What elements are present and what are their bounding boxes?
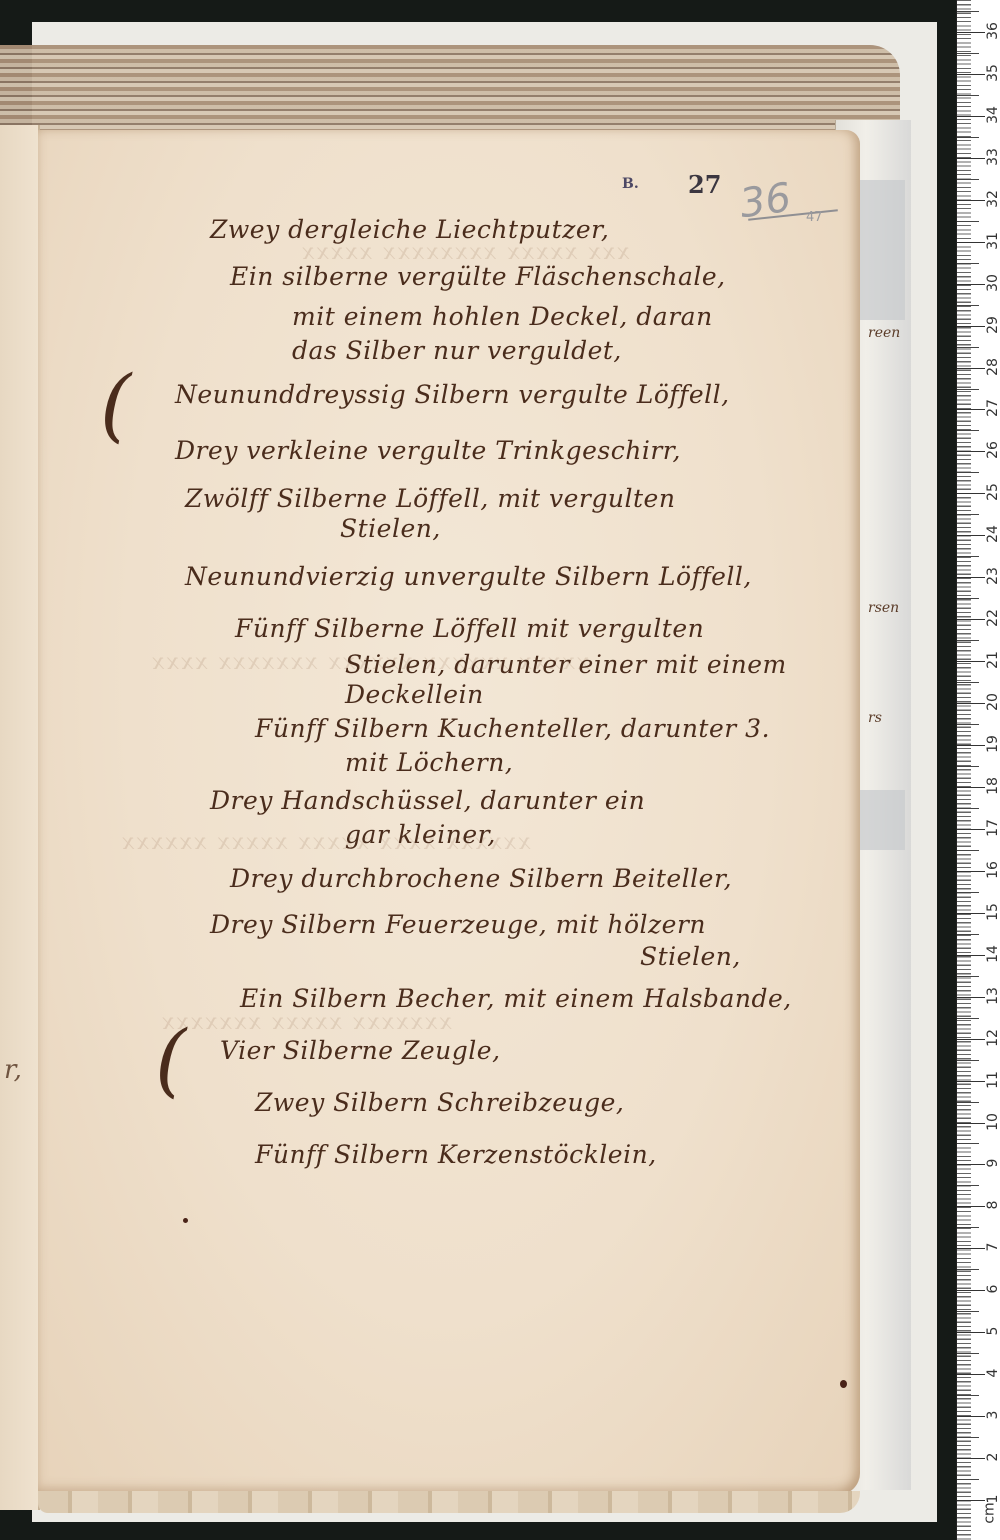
manuscript-line: Neununddreyssig Silbern vergulte Löffell…	[175, 380, 730, 409]
ruler-label: 34	[985, 105, 1000, 125]
ruler-cm-tick	[957, 1332, 985, 1333]
marginalia: reen	[868, 325, 900, 341]
ruler-cm-tick	[957, 242, 985, 243]
ruler-cm-tick	[957, 535, 985, 536]
ruler-label: 16	[985, 860, 1000, 880]
ruler-label: 10	[985, 1112, 1000, 1132]
ink-spot	[183, 1218, 188, 1223]
ruler-cm-tick	[957, 871, 985, 872]
ruler-half-tick	[957, 1102, 979, 1103]
ruler-cm-tick	[957, 619, 985, 620]
ruler-half-tick	[957, 389, 979, 390]
ruler-cm-tick	[957, 409, 985, 410]
ruler-label: 30	[985, 273, 1000, 293]
ruler-cm-tick	[957, 1123, 985, 1124]
ruler-cm-tick	[957, 158, 985, 159]
manuscript-line: das Silber nur verguldet,	[292, 336, 622, 365]
pencil-foliation: 36	[737, 175, 794, 228]
ruler-half-tick	[957, 1353, 979, 1354]
manuscript-line: mit Löchern,	[345, 748, 513, 777]
ruler-cm-tick	[957, 368, 985, 369]
ruler-half-tick	[957, 1060, 979, 1061]
ruler-label: 20	[985, 692, 1000, 712]
ruler-cm-tick	[957, 745, 985, 746]
ruler-half-tick	[957, 263, 979, 264]
ruler-half-tick	[957, 682, 979, 683]
marginalia: rs	[868, 710, 882, 726]
manuscript-line: Neunundvierzig unvergulte Silbern Löffel…	[185, 562, 752, 591]
manuscript-line: Fünff Silbern Kuchenteller, darunter 3.	[255, 714, 770, 743]
ruler-cm-tick	[957, 200, 985, 201]
ruler-label: 13	[985, 986, 1000, 1006]
ruler-label: 12	[985, 1028, 1000, 1048]
ruler-cm-tick	[957, 1248, 985, 1249]
ruler-unit: cm	[982, 1502, 998, 1523]
ruler-half-tick	[957, 1269, 979, 1270]
manuscript-line: Fünff Silberne Löffell mit vergulten	[235, 614, 704, 643]
manuscript-line: gar kleiner,	[345, 820, 496, 849]
manuscript-line: Ein Silbern Becher, mit einem Halsbande,	[240, 984, 792, 1013]
ruler-half-tick	[957, 724, 979, 725]
ruler-half-tick	[957, 53, 979, 54]
ruler-label: 15	[985, 902, 1000, 922]
manuscript-line: Vier Silberne Zeugle,	[220, 1036, 501, 1065]
flourish-brace: (	[100, 365, 131, 445]
manuscript-line: Zwey Silbern Schreibzeuge,	[255, 1088, 624, 1117]
ruler-half-tick	[957, 137, 979, 138]
ruler-cm-tick	[957, 1458, 985, 1459]
ruler-label: 18	[985, 776, 1000, 796]
manuscript-line: Stielen,	[340, 514, 441, 543]
ruler-label: 23	[985, 566, 1000, 586]
wrapper-tint	[855, 180, 905, 320]
ruler-label: 5	[985, 1321, 1000, 1341]
ruler-cm-tick	[957, 661, 985, 662]
manuscript-line: Stielen, darunter einer mit einem	[345, 650, 787, 679]
ruler-label: 19	[985, 734, 1000, 754]
ruler-cm-tick	[957, 1206, 985, 1207]
ruler-label: 26	[985, 440, 1000, 460]
manuscript-line: Drey durchbrochene Silbern Beiteller,	[230, 864, 732, 893]
ruler-half-tick	[957, 1143, 979, 1144]
ruler-cm-tick	[957, 787, 985, 788]
ruler-label: 24	[985, 524, 1000, 544]
ruler-label: 36	[985, 21, 1000, 41]
manuscript-line: Stielen,	[640, 942, 741, 971]
manuscript-line: mit einem hohlen Deckel, daran	[292, 302, 713, 331]
manuscript-line: Deckellein	[345, 680, 484, 709]
ruler-cm-tick	[957, 1290, 985, 1291]
ruler-cm-tick	[957, 955, 985, 956]
folio-number: 27	[688, 170, 721, 199]
ruler-half-tick	[957, 640, 979, 641]
ruler-label: 4	[985, 1363, 1000, 1383]
ruler-cm-tick	[957, 1416, 985, 1417]
ruler-half-tick	[957, 598, 979, 599]
ruler-label: 21	[985, 650, 1000, 670]
ruler-half-tick	[957, 11, 979, 12]
ruler-label: 22	[985, 608, 1000, 628]
ruler-label: 3	[985, 1405, 1000, 1425]
ruler-half-tick	[957, 472, 979, 473]
ruler-label: 9	[985, 1153, 1000, 1173]
ruler-cm-tick	[957, 116, 985, 117]
ruler-half-tick	[957, 1185, 979, 1186]
ruler-half-tick	[957, 347, 979, 348]
ruler-cm-tick	[957, 326, 985, 327]
ruler-half-tick	[957, 1227, 979, 1228]
ruler-label: 8	[985, 1195, 1000, 1215]
ruler-half-tick	[957, 976, 979, 977]
ruler-cm-tick	[957, 74, 985, 75]
manuscript-line: Zwey dergleiche Liechtputzer,	[210, 215, 609, 244]
ruler-half-tick	[957, 892, 979, 893]
ruler-label: 11	[985, 1070, 1000, 1090]
ruler-label: 14	[985, 944, 1000, 964]
manuscript-line: Drey Silbern Feuerzeuge, mit hölzern	[210, 910, 706, 939]
ruler-cm-tick	[957, 997, 985, 998]
manuscript-line: Ein silberne vergülte Fläschenschale,	[230, 262, 726, 291]
ruler-cm-tick	[957, 1081, 985, 1082]
ruler-cm-tick	[957, 32, 985, 33]
book-block-top-edge	[0, 45, 900, 135]
ruler-ticks	[957, 0, 971, 1540]
ruler-label: 28	[985, 357, 1000, 377]
ruler-label: 25	[985, 482, 1000, 502]
left-page-edge: r,	[0, 125, 40, 1510]
archive-stamp: B.	[622, 178, 639, 190]
ruler-half-tick	[957, 1395, 979, 1396]
ruler-half-tick	[957, 430, 979, 431]
flourish-brace: (	[155, 1020, 186, 1100]
ruler-half-tick	[957, 766, 979, 767]
ruler-half-tick	[957, 850, 979, 851]
ruler-cm-tick	[957, 493, 985, 494]
manuscript-line: Drey Handschüssel, darunter ein	[210, 786, 645, 815]
ruler-half-tick	[957, 808, 979, 809]
ruler-cm-tick	[957, 1374, 985, 1375]
ruler-cm-tick	[957, 1500, 985, 1501]
pencil-foliation-small: 47	[806, 210, 823, 225]
ruler-label: 27	[985, 398, 1000, 418]
ruler-cm-tick	[957, 1164, 985, 1165]
ruler-label: 33	[985, 147, 1000, 167]
ruler-label: 17	[985, 818, 1000, 838]
manuscript-line: Fünff Silbern Kerzenstöcklein,	[255, 1140, 657, 1169]
ruler-half-tick	[957, 934, 979, 935]
ruler-label: 2	[985, 1447, 1000, 1467]
ruler-label: 7	[985, 1237, 1000, 1257]
wrapper-tint	[855, 790, 905, 850]
ink-spot	[840, 1380, 847, 1388]
ruler-label: 35	[985, 63, 1000, 83]
ruler-half-tick	[957, 1479, 979, 1480]
ruler-cm-tick	[957, 703, 985, 704]
bleed-through: xxxxxxx xxxxx xxxxxxx	[160, 1010, 452, 1035]
ruler-cm-tick	[957, 829, 985, 830]
ruler-half-tick	[957, 1018, 979, 1019]
ruler-half-tick	[957, 95, 979, 96]
ruler-half-tick	[957, 1311, 979, 1312]
marginalia: rsen	[868, 600, 899, 616]
ruler-cm-tick	[957, 451, 985, 452]
ruler-cm-tick	[957, 577, 985, 578]
ruler-half-tick	[957, 514, 979, 515]
ruler-half-tick	[957, 556, 979, 557]
manuscript-line: Drey verkleine vergulte Trinkgeschirr,	[175, 436, 681, 465]
ruler-label: 29	[985, 315, 1000, 335]
ruler-cm-tick	[957, 1039, 985, 1040]
ruler-half-tick	[957, 305, 979, 306]
ruler-cm-tick	[957, 913, 985, 914]
ruler-label: 31	[985, 231, 1000, 251]
ruler-label: 32	[985, 189, 1000, 209]
manuscript-line: Zwölff Silberne Löffell, mit vergulten	[185, 484, 675, 513]
ruler-half-tick	[957, 221, 979, 222]
ruler-half-tick	[957, 179, 979, 180]
left-page-fragment: r,	[4, 1055, 22, 1085]
ruler-cm-tick	[957, 284, 985, 285]
ruler-label: 6	[985, 1279, 1000, 1299]
cm-ruler: 1234567891011121314151617181920212223242…	[956, 0, 1000, 1540]
ruler-half-tick	[957, 1437, 979, 1438]
